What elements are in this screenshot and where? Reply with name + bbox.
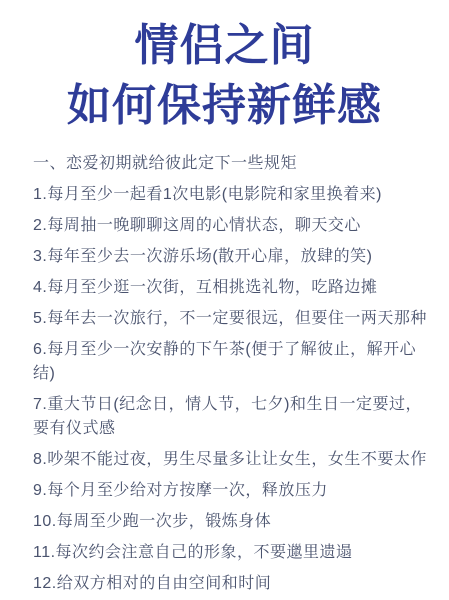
rule-item-4: 4.每月至少逛一次街，互相挑选礼物，吃路边摊	[33, 276, 433, 300]
rule-item-7: 7.重大节日(纪念日，情人节，七夕)和生日一定要过，要有仪式感	[33, 393, 433, 441]
couples-rules-poster: 情侣之间 如何保持新鲜感 一、恋爱初期就给彼此定下一些规矩 1.每月至少一起看1…	[0, 0, 449, 600]
rule-item-10: 10.每周至少跑一次步，锻炼身体	[33, 510, 433, 534]
title-line-2: 如何保持新鲜感	[0, 76, 449, 136]
rule-item-11: 11.每次约会注意自己的形象，不要邋里遗遢	[33, 541, 433, 565]
rule-item-3: 3.每年至少去一次游乐场(散开心扉，放肆的笑)	[33, 245, 433, 269]
rule-item-2: 2.每周抽一晚聊聊这周的心情状态，聊天交心	[33, 214, 433, 238]
rule-item-6: 6.每月至少一次安静的下午茶(便于了解彼止，解开心结)	[33, 338, 433, 386]
rules-list: 一、恋爱初期就给彼此定下一些规矩 1.每月至少一起看1次电影(电影院和家里换着来…	[0, 136, 449, 596]
title-line-1: 情侣之间	[0, 16, 449, 76]
section-heading: 一、恋爱初期就给彼此定下一些规矩	[33, 152, 433, 176]
rule-item-1: 1.每月至少一起看1次电影(电影院和家里换着来)	[33, 183, 433, 207]
rule-item-8: 8.吵架不能过夜，男生尽量多让让女生，女生不要太作	[33, 448, 433, 472]
rule-item-5: 5.每年去一次旅行，不一定要很远，但要住一两天那种	[33, 307, 433, 331]
rule-item-9: 9.每个月至少给对方按摩一次，释放压力	[33, 479, 433, 503]
rule-item-12: 12.给双方相对的自由空间和时间	[33, 572, 433, 596]
page-title: 情侣之间 如何保持新鲜感	[0, 0, 449, 136]
